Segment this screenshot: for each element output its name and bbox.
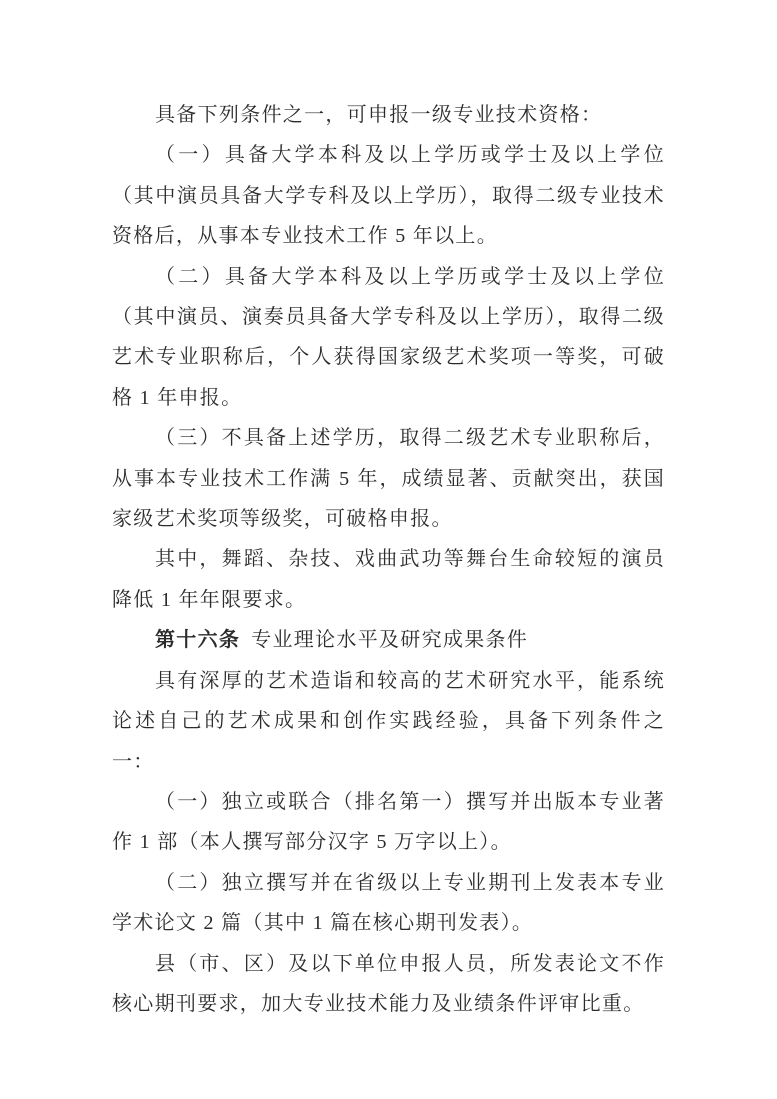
- paragraph-text: 具有深厚的艺术造诣和较高的艺术研究水平，能系统论述自己的艺术成果和创作实践经验，…: [112, 670, 665, 773]
- paragraph-text: （三）不具备上述学历，取得二级艺术专业职称后，从事本专业技术工作满 5 年，成绩…: [112, 427, 665, 530]
- paragraph-text: （二）独立撰写并在省级以上专业期刊上发表本专业学术论文 2 篇（其中 1 篇在核…: [112, 872, 665, 934]
- paragraph-article-note: 县（市、区）及以下单位申报人员，所发表论文不作核心期刊要求，加大专业技术能力及业…: [112, 944, 665, 1025]
- paragraph-article-heading: 第十六条专业理论水平及研究成果条件: [112, 620, 665, 660]
- paragraph-text: 县（市、区）及以下单位申报人员，所发表论文不作核心期刊要求，加大专业技术能力及业…: [112, 953, 665, 1015]
- paragraph-article-item-1: （一）独立或联合（排名第一）撰写并出版本专业著作 1 部（本人撰写部分汉字 5 …: [112, 782, 665, 863]
- paragraph-text: 其中，舞蹈、杂技、戏曲武功等舞台生命较短的演员降低 1 年年限要求。: [112, 548, 665, 610]
- paragraph-text: （一）具备大学本科及以上学历或学士及以上学位（其中演员具备大学专科及以上学历），…: [112, 144, 665, 247]
- paragraph-text: 具备下列条件之一，可申报一级专业技术资格：: [155, 104, 602, 126]
- paragraph-note: 其中，舞蹈、杂技、戏曲武功等舞台生命较短的演员降低 1 年年限要求。: [112, 539, 665, 620]
- paragraph-item-1: （一）具备大学本科及以上学历或学士及以上学位（其中演员具备大学专科及以上学历），…: [112, 135, 665, 256]
- document-body: 具备下列条件之一，可申报一级专业技术资格： （一）具备大学本科及以上学历或学士及…: [112, 95, 665, 1024]
- paragraph-item-2: （二）具备大学本科及以上学历或学士及以上学位（其中演员、演奏员具备大学专科及以上…: [112, 257, 665, 419]
- paragraph-intro: 具备下列条件之一，可申报一级专业技术资格：: [112, 95, 665, 135]
- document-page: 具备下列条件之一，可申报一级专业技术资格： （一）具备大学本科及以上学历或学士及…: [0, 0, 777, 1099]
- paragraph-text: （一）独立或联合（排名第一）撰写并出版本专业著作 1 部（本人撰写部分汉字 5 …: [112, 791, 665, 853]
- paragraph-item-3: （三）不具备上述学历，取得二级艺术专业职称后，从事本专业技术工作满 5 年，成绩…: [112, 418, 665, 539]
- clause-number: 第十六条: [155, 629, 240, 651]
- paragraph-text: （二）具备大学本科及以上学历或学士及以上学位（其中演员、演奏员具备大学专科及以上…: [112, 266, 665, 409]
- clause-title: 专业理论水平及研究成果条件: [251, 629, 528, 651]
- paragraph-article-item-2: （二）独立撰写并在省级以上专业期刊上发表本专业学术论文 2 篇（其中 1 篇在核…: [112, 863, 665, 944]
- paragraph-article-intro: 具有深厚的艺术造诣和较高的艺术研究水平，能系统论述自己的艺术成果和创作实践经验，…: [112, 661, 665, 782]
